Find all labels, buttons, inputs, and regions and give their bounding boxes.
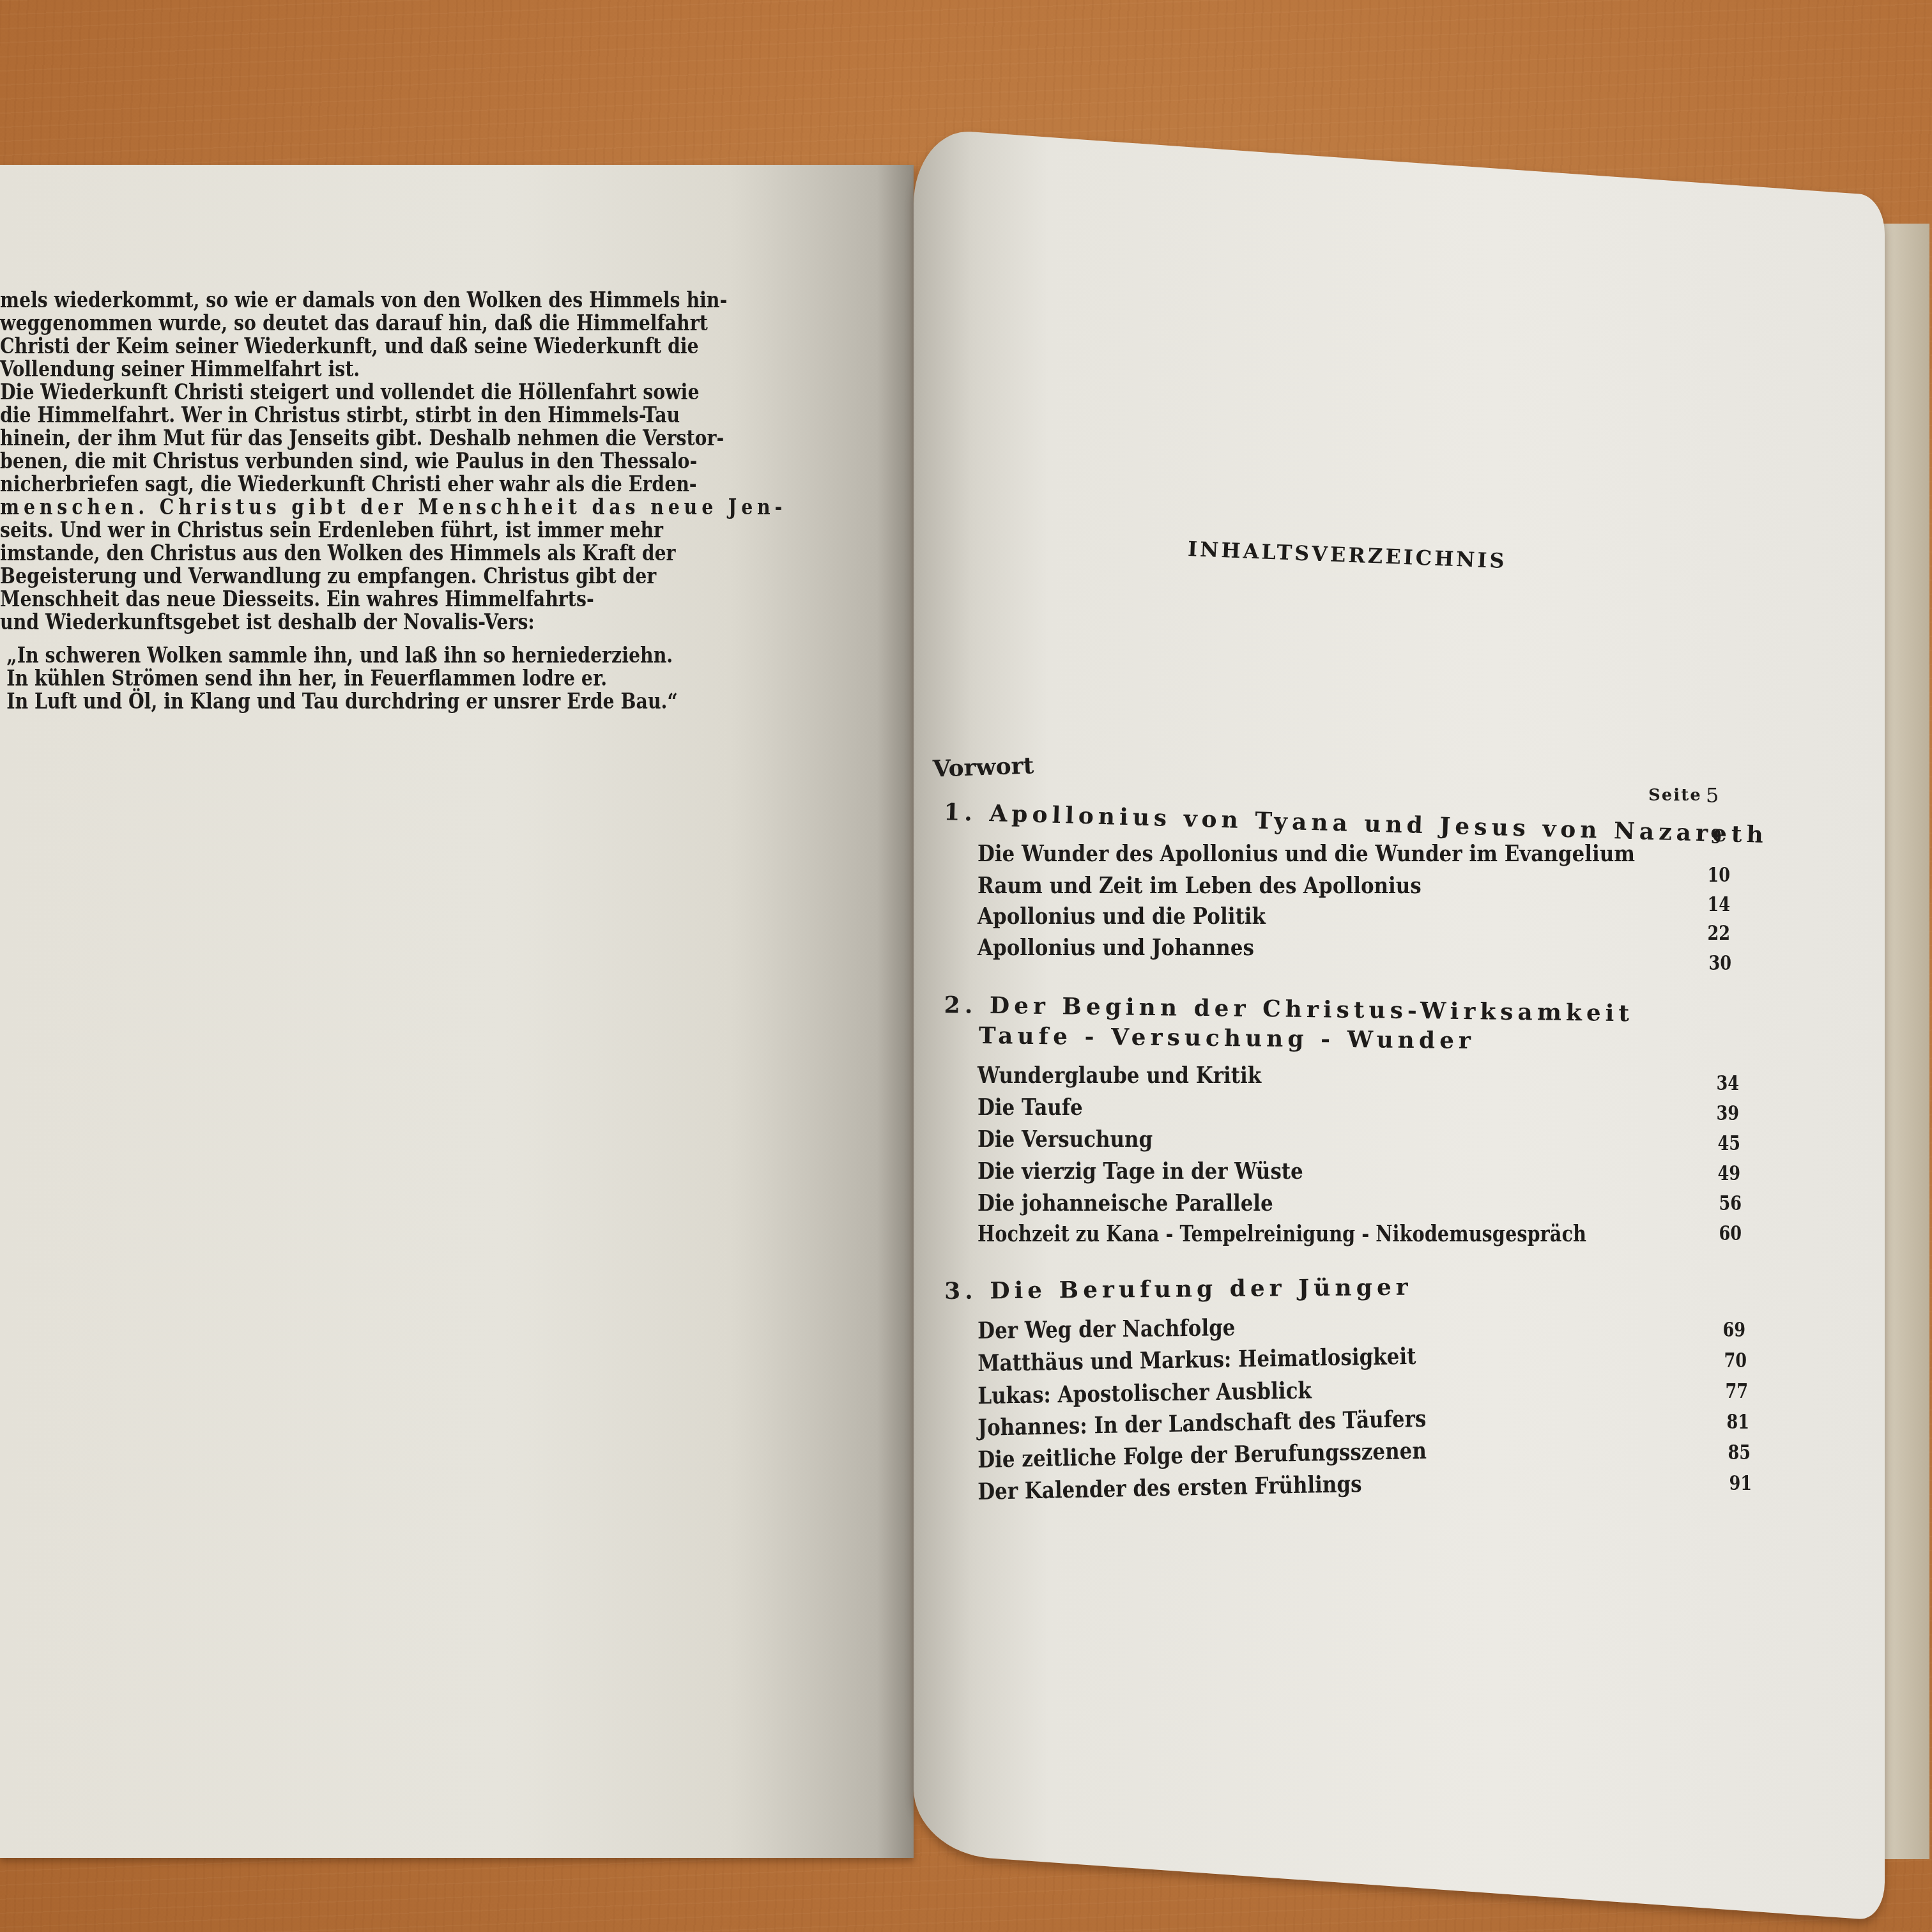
text-line: nicherbriefen sagt, die Wiederkunft Chri… [0,473,845,496]
toc-entry: Apollonius und Johannes [977,934,1254,961]
page-number: 70 [1724,1348,1747,1372]
toc-entry: Wunderglaube und Kritik [977,1062,1261,1089]
toc-entry: Apollonius und die Politik [977,903,1266,930]
chapter-number: 1. [944,799,977,826]
poem-line: In kühlen Strömen send ihn her, in Feuer… [6,667,845,690]
text-line: Die Wiederkunft Christi steigert und vol… [0,381,845,404]
page-number: 77 [1725,1379,1748,1403]
text-line: Menschheit das neue Diesseits. Ein wahre… [0,588,845,611]
page-number: 45 [1717,1131,1740,1155]
page-number: 81 [1726,1409,1749,1434]
text-line: hinein, der ihm Mut für das Jenseits gib… [0,427,845,450]
text-line: weggenommen wurde, so deutet das darauf … [0,312,845,335]
chapter-title: Die Berufung der Jünger [990,1274,1413,1305]
toc-entry: Die Taufe [977,1094,1083,1121]
page-number: 30 [1708,951,1731,975]
page-number: 91 [1729,1471,1752,1495]
vorwort-page-number: 5 [1706,783,1719,808]
page-number: 39 [1716,1101,1739,1125]
toc-entry: Raum und Zeit im Leben des Apollonius [977,872,1422,899]
toc-chapter-3: 3. Die Berufung der Jünger [944,1274,1413,1305]
text-line: Christi der Keim seiner Wiederkunft, und… [0,335,845,358]
toc-vorwort: Vorwort [932,752,1034,782]
toc-entry: Die johanneische Parallele [977,1190,1273,1216]
page-number: 9 [1710,824,1722,848]
toc-entry: Der Weg der Nachfolge [977,1314,1236,1344]
page-number: 22 [1707,921,1730,945]
chapter-number: 2. [944,992,977,1019]
page-number: 56 [1719,1191,1742,1215]
toc-entry: Die vierzig Tage in der Wüste [977,1158,1303,1184]
seite-label: Seite [1648,786,1702,805]
page-number: 14 [1707,892,1730,916]
text-line: mels wiederkommt, so wie er damals von d… [0,289,845,312]
page-number: 60 [1719,1221,1742,1245]
page-number: 69 [1722,1317,1745,1342]
text-line: Vollendung seiner Himmelfahrt ist. [0,358,845,381]
toc-entry: Die Wunder des Apollonius und die Wunder… [977,840,1635,867]
toc-entry: Lukas: Apostolischer Ausblick [977,1377,1312,1409]
poem-line: „In schweren Wolken sammle ihn, und laß … [6,644,845,667]
text-line: die Himmelfahrt. Wer in Christus stirbt,… [0,404,845,427]
poem-line: In Luft und Öl, in Klang und Tau durchdr… [6,690,845,713]
novalis-poem: „In schweren Wolken sammle ihn, und laß … [0,644,845,713]
page-number: 10 [1707,862,1730,887]
text-line: menschen. Christus gibt der Menschheit d… [0,496,845,519]
text-line: benen, die mit Christus verbunden sind, … [0,450,845,473]
text-line: und Wiederkunftsgebet ist deshalb der No… [0,611,845,634]
left-page-text: mels wiederkommt, so wie er damals von d… [0,289,845,713]
page-number: 34 [1716,1071,1739,1095]
text-line: seits. Und wer in Christus sein Erdenleb… [0,519,845,542]
toc-entry: Hochzeit zu Kana - Tempelreinigung - Nik… [977,1220,1586,1247]
toc-entry: Die Versuchung [977,1126,1153,1153]
text-line: Begeisterung und Verwandlung zu empfange… [0,565,845,588]
text-line: imstande, den Christus aus den Wolken de… [0,542,845,565]
toc-chapter-2-subtitle: Taufe - Versuchung - Wunder [979,1022,1476,1054]
page-number: 85 [1728,1440,1751,1464]
page-number: 49 [1717,1161,1740,1185]
chapter-number: 3. [944,1278,977,1305]
